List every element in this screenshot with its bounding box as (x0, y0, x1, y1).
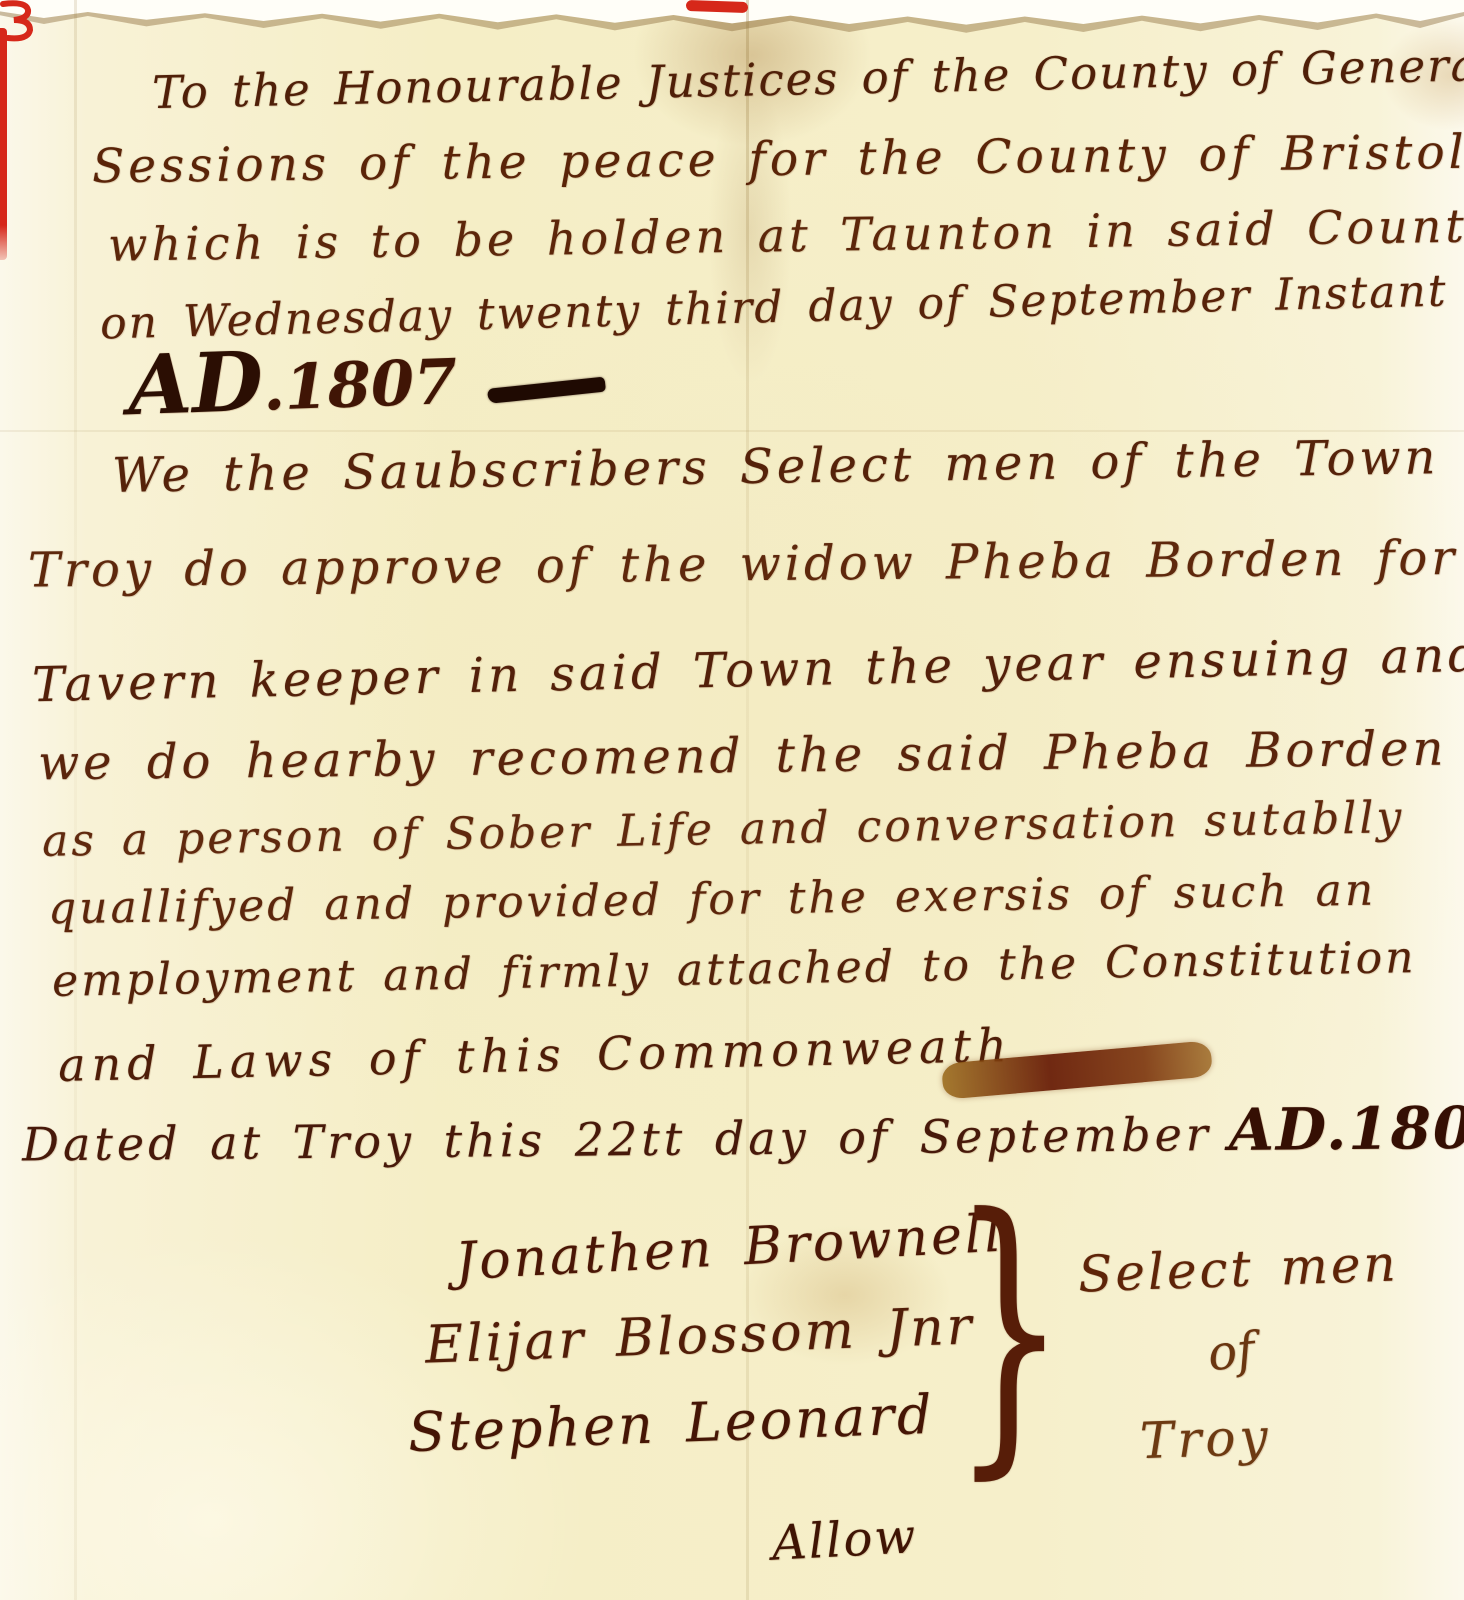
dateline-year: AD.1807 (1229, 1093, 1464, 1164)
ad-monogram: AD (126, 334, 264, 435)
signature-brace: } (952, 1180, 1067, 1480)
role-of: of (1205, 1322, 1257, 1383)
endorsement-allow: Allow (771, 1508, 919, 1572)
red-mark-top-dash (686, 0, 748, 13)
red-mark-left-line (0, 28, 7, 260)
scanned-document-page: { "doc": { "description": "Handwritten a… (0, 0, 1464, 1600)
ink-dash (487, 377, 606, 404)
vertical-fold-left (74, 0, 77, 1600)
role-troy: Troy (1139, 1408, 1273, 1471)
role-select-men: Select men (1077, 1234, 1399, 1303)
year-text: .1807 (262, 345, 459, 425)
dateline: Dated at Troy this 22tt day of September… (22, 1093, 1464, 1174)
year-heading: AD.1807 (126, 322, 606, 435)
